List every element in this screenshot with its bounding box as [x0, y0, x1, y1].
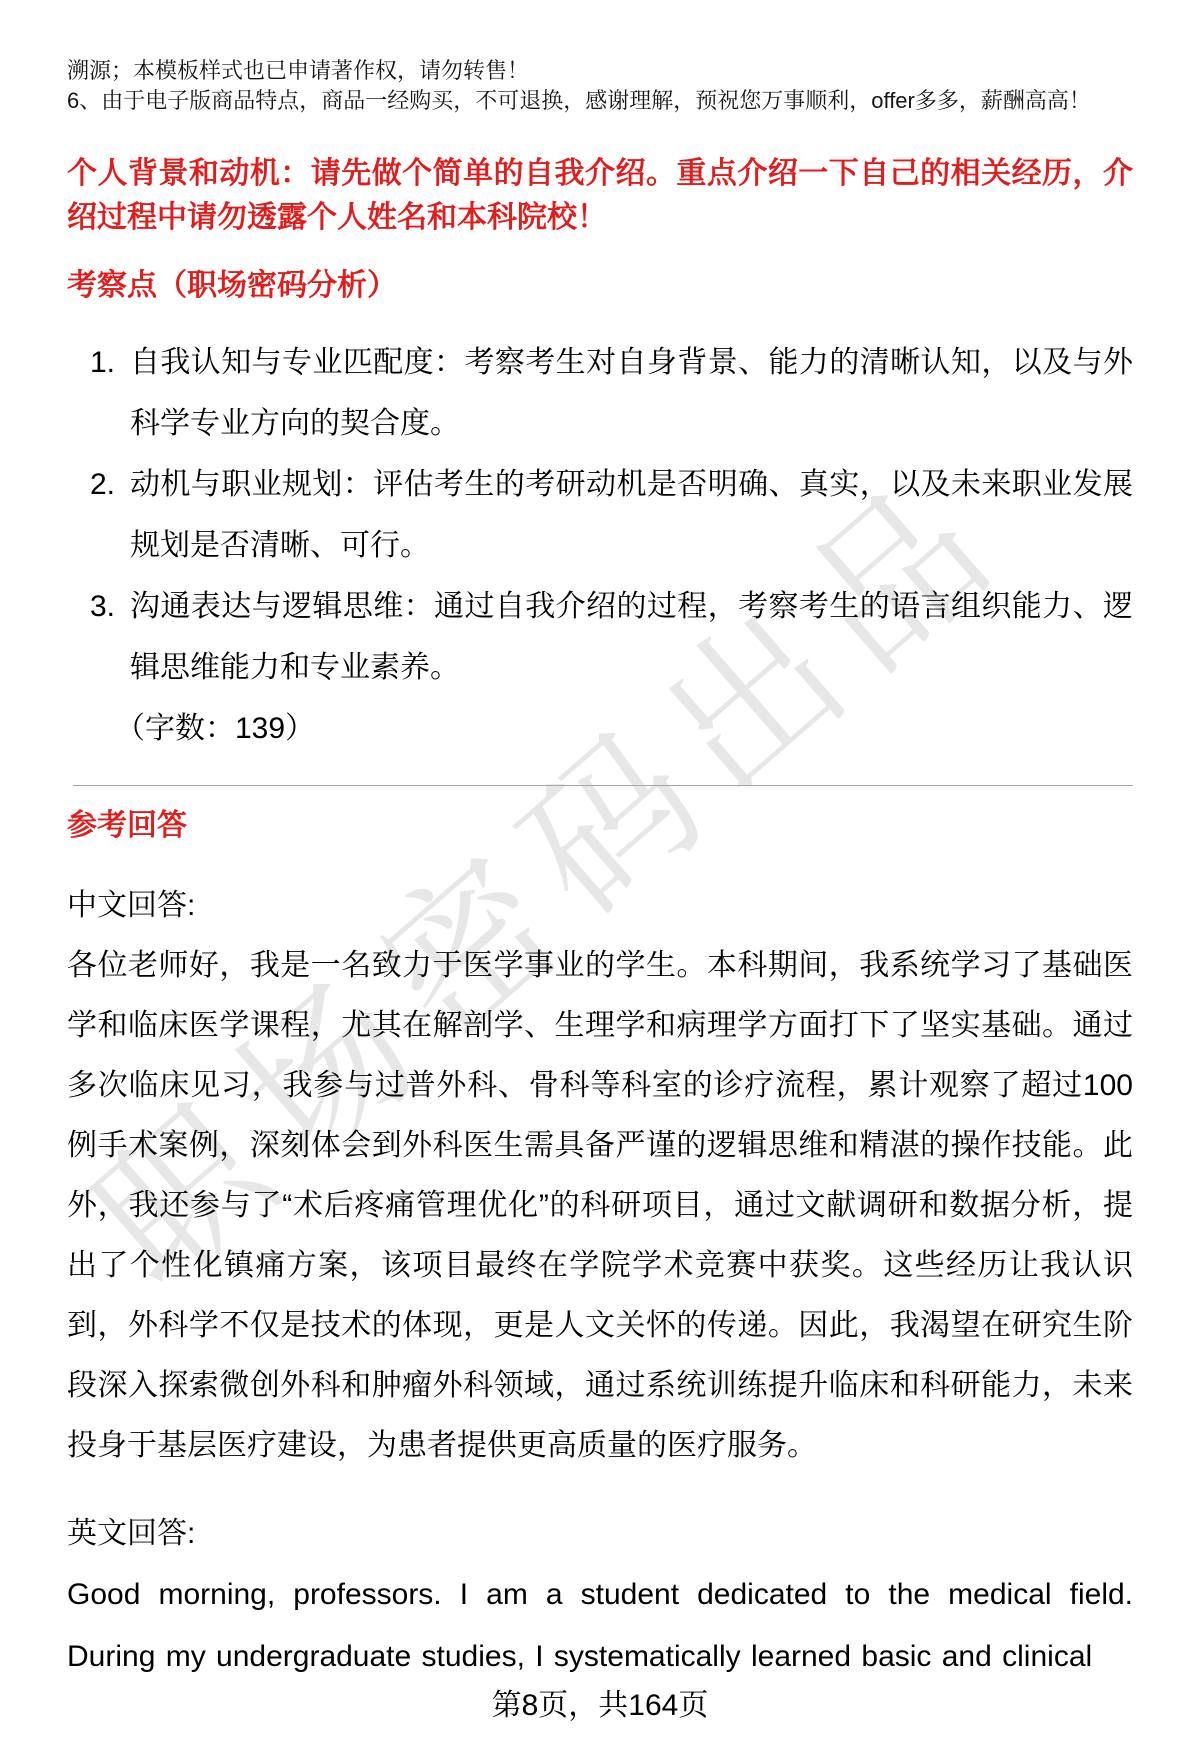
analysis-point-1: 1. 自我认知与专业匹配度：考察考生对自身背景、能力的清晰认知，以及与外科学专业… — [90, 332, 1133, 454]
english-answer-text: Good morning, professors. I am a student… — [67, 1564, 1133, 1688]
document-page: { "notice": { "line1": "溯源；本模板样式也已申请著作权，… — [0, 0, 1200, 1755]
question-heading: 个人背景和动机：请先做个简单的自我介绍。重点介绍一下自己的相关经历，介绍过程中请… — [67, 152, 1133, 240]
analysis-point-3: 3. 沟通表达与逻辑思维：通过自我介绍的过程，考察考生的语言组织能力、逻辑思维能… — [90, 576, 1133, 698]
analysis-point-2: 2. 动机与职业规划：评估考生的考研动机是否明确、真实，以及未来职业发展规划是否… — [90, 454, 1133, 576]
section-divider — [73, 785, 1133, 786]
point-text: 动机与职业规划：评估考生的考研动机是否明确、真实，以及未来职业发展规划是否清晰、… — [130, 454, 1133, 576]
page-number-footer: 第8页，共164页 — [0, 1686, 1200, 1726]
point-text: 沟通表达与逻辑思维：通过自我介绍的过程，考察考生的语言组织能力、逻辑思维能力和专… — [130, 576, 1133, 698]
point-text: 自我认知与专业匹配度：考察考生对自身背景、能力的清晰认知，以及与外科学专业方向的… — [130, 332, 1133, 454]
point-number: 2. — [90, 454, 130, 576]
copyright-notice: 溯源；本模板样式也已申请著作权，请勿转售！ — [67, 56, 1133, 86]
reference-answer-heading: 参考回答 — [67, 804, 1133, 848]
chinese-answer-text: 各位老师好，我是一名致力于医学事业的学生。本科期间，我系统学习了基础医学和临床医… — [67, 936, 1133, 1476]
page-content: 溯源；本模板样式也已申请著作权，请勿转售！ 6、由于电子版商品特点，商品一经购买… — [0, 0, 1200, 1688]
analysis-points-list: 1. 自我认知与专业匹配度：考察考生对自身背景、能力的清晰认知，以及与外科学专业… — [67, 332, 1133, 698]
point-number: 3. — [90, 576, 130, 698]
chinese-answer-label: 中文回答: — [67, 876, 1133, 936]
analysis-points-heading: 考察点（职场密码分析） — [67, 264, 1133, 308]
word-count: （字数：139） — [67, 698, 1133, 759]
english-answer-label: 英文回答: — [67, 1504, 1133, 1564]
point-number: 1. — [90, 332, 130, 454]
purchase-notice: 6、由于电子版商品特点，商品一经购买，不可退换，感谢理解，预祝您万事顺利，off… — [67, 86, 1133, 116]
